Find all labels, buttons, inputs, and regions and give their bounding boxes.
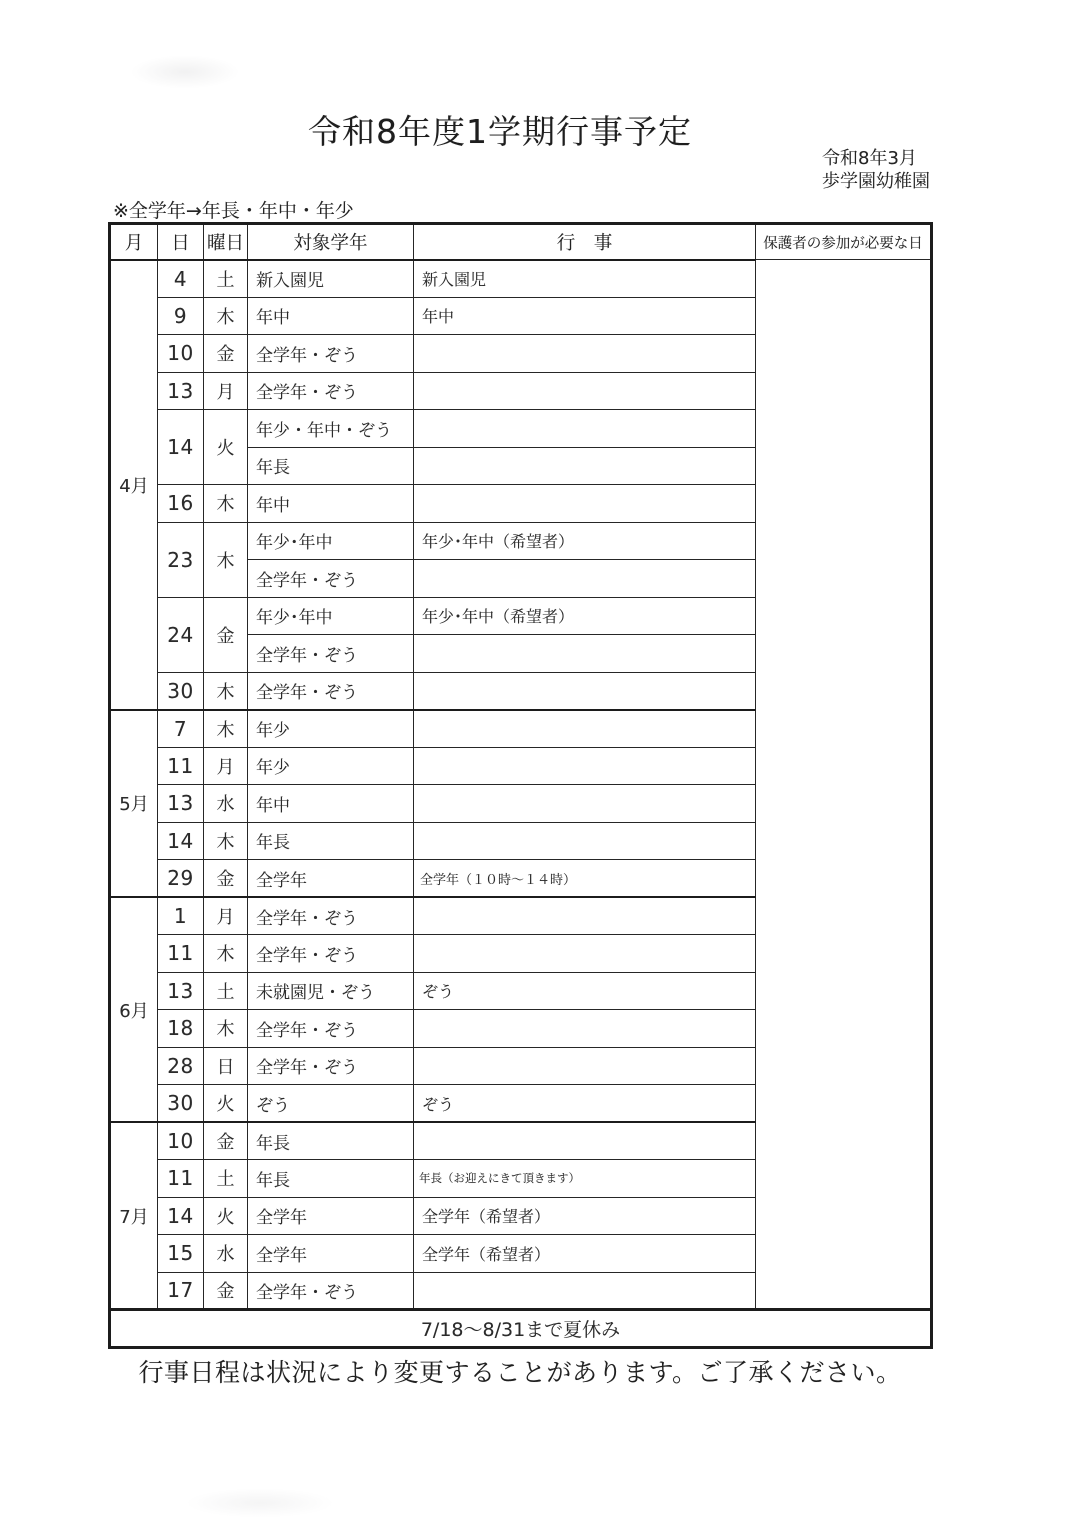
weekday-cell: 土	[204, 260, 248, 298]
parent-attendance-cell: ぞう	[414, 972, 756, 1010]
day-cell: 24	[158, 597, 204, 672]
target-grade-cell: 年少･年中	[248, 522, 414, 560]
target-grade-cell: 全学年・ぞう	[248, 335, 414, 373]
target-grade-cell: 未就園児・ぞう	[248, 972, 414, 1010]
target-grade-cell: 全学年・ぞう	[248, 672, 414, 710]
table-row: 14木年長	[110, 822, 932, 860]
target-grade-cell: 年長	[248, 1160, 414, 1198]
summer-break-row: 7/18～8/31まで夏休み	[110, 1310, 932, 1348]
table-row: 28日全学年・ぞう	[110, 1047, 932, 1085]
schedule-table: 月 日 曜日 対象学年 行 事 保護者の参加が必要な日 4月4土新入園児新入園児…	[108, 222, 933, 1349]
day-cell: 17	[158, 1272, 204, 1310]
target-grade-cell: 年少	[248, 710, 414, 748]
parent-attendance-cell: 年少･年中（希望者）	[414, 522, 756, 560]
weekday-cell: 木	[204, 485, 248, 523]
parent-attendance-cell: 年長（お迎えにきて頂きます）	[414, 1160, 756, 1198]
day-cell: 28	[158, 1047, 204, 1085]
day-cell: 30	[158, 1085, 204, 1123]
parent-attendance-cell: 年少･年中（希望者）	[414, 597, 756, 635]
legend-note: ※全学年→年長・年中・年少	[113, 196, 354, 223]
parent-attendance-cell	[414, 1010, 756, 1048]
weekday-cell: 火	[204, 410, 248, 485]
parent-attendance-cell	[414, 935, 756, 973]
day-cell: 11	[158, 747, 204, 785]
parent-attendance-cell	[414, 1047, 756, 1085]
parent-attendance-cell: 全学年（希望者）	[414, 1235, 756, 1273]
target-grade-cell: ぞう	[248, 1085, 414, 1123]
target-grade-cell: 全学年・ぞう	[248, 560, 414, 598]
month-cell: 4月	[110, 260, 158, 710]
table-row: 13土未就園児・ぞうぞう	[110, 972, 932, 1010]
table-row: 18木全学年・ぞう	[110, 1010, 932, 1048]
parent-attendance-cell: ぞう	[414, 1085, 756, 1123]
target-grade-cell: 全学年・ぞう	[248, 1047, 414, 1085]
target-grade-cell: 全学年	[248, 860, 414, 898]
parent-attendance-cell: 全学年（１０時～１４時）	[414, 860, 756, 898]
target-grade-cell: 全学年・ぞう	[248, 635, 414, 673]
organization-name: 歩学園幼稚園	[822, 170, 930, 193]
schedule-table-body: 4月4土新入園児新入園児9木年中年中10金全学年・ぞう13月全学年・ぞう14火年…	[110, 260, 932, 1348]
target-grade-cell: 全学年・ぞう	[248, 372, 414, 410]
month-cell: 7月	[110, 1122, 158, 1310]
table-row: 30木全学年・ぞう	[110, 672, 932, 710]
parent-attendance-cell	[414, 410, 756, 448]
table-row: 6月1月全学年・ぞう	[110, 897, 932, 935]
parent-attendance-cell	[414, 447, 756, 485]
table-row: 14火全学年全学年（希望者）	[110, 1197, 932, 1235]
day-cell: 13	[158, 372, 204, 410]
weekday-cell: 水	[204, 785, 248, 823]
table-row: 13月全学年・ぞう	[110, 372, 932, 410]
footer-note: 行事日程は状況により変更することがあります。ご了承ください。	[0, 1353, 1040, 1389]
table-row: 17金全学年・ぞう	[110, 1272, 932, 1310]
weekday-cell: 木	[204, 710, 248, 748]
target-grade-cell: 全学年・ぞう	[248, 1272, 414, 1310]
parent-attendance-cell	[414, 335, 756, 373]
target-grade-cell: 年長	[248, 1122, 414, 1160]
day-cell: 1	[158, 897, 204, 935]
weekday-cell: 日	[204, 1047, 248, 1085]
header-day: 日	[158, 224, 204, 260]
weekday-cell: 水	[204, 1235, 248, 1273]
month-cell: 6月	[110, 897, 158, 1122]
day-cell: 10	[158, 1122, 204, 1160]
table-row: 13水年中	[110, 785, 932, 823]
parent-attendance-cell	[414, 1272, 756, 1310]
day-cell: 14	[158, 1197, 204, 1235]
parent-attendance-cell	[414, 1122, 756, 1160]
table-row: 7月10金年長	[110, 1122, 932, 1160]
weekday-cell: 月	[204, 747, 248, 785]
weekday-cell: 金	[204, 335, 248, 373]
parent-attendance-cell	[414, 747, 756, 785]
day-cell: 7	[158, 710, 204, 748]
target-grade-cell: 年長	[248, 822, 414, 860]
parent-attendance-cell	[414, 560, 756, 598]
parent-attendance-cell	[414, 897, 756, 935]
parent-attendance-cell: 全学年（希望者）	[414, 1197, 756, 1235]
table-row: 14火年少・年中・ぞう	[110, 410, 932, 448]
scan-smudge	[130, 55, 240, 89]
table-row: 10金全学年・ぞう	[110, 335, 932, 373]
target-grade-cell: 全学年	[248, 1235, 414, 1273]
target-grade-cell: 全学年・ぞう	[248, 1010, 414, 1048]
scanned-document-page: 令和8年度1学期行事予定 令和8年3月 歩学園幼稚園 ※全学年→年長・年中・年少…	[0, 0, 1075, 1518]
table-header-row: 月 日 曜日 対象学年 行 事 保護者の参加が必要な日	[110, 224, 932, 260]
table-row: 23木年少･年中年少･年中（希望者）	[110, 522, 932, 560]
header-event: 行 事	[414, 224, 756, 260]
weekday-cell: 木	[204, 297, 248, 335]
weekday-cell: 火	[204, 1197, 248, 1235]
day-cell: 29	[158, 860, 204, 898]
weekday-cell: 木	[204, 1010, 248, 1048]
target-grade-cell: 年少･年中	[248, 597, 414, 635]
weekday-cell: 木	[204, 935, 248, 973]
weekday-cell: 木	[204, 672, 248, 710]
weekday-cell: 火	[204, 1085, 248, 1123]
issued-date: 令和8年3月	[822, 147, 930, 170]
target-grade-cell: 年中	[248, 485, 414, 523]
table-row: 4月4土新入園児新入園児	[110, 260, 932, 298]
weekday-cell: 月	[204, 372, 248, 410]
target-grade-cell: 年長	[248, 447, 414, 485]
target-grade-cell: 全学年・ぞう	[248, 935, 414, 973]
header-month: 月	[110, 224, 158, 260]
target-grade-cell: 年少	[248, 747, 414, 785]
weekday-cell: 金	[204, 1122, 248, 1160]
parent-attendance-cell	[414, 672, 756, 710]
parent-attendance-cell	[414, 710, 756, 748]
parent-attendance-cell: 新入園児	[414, 260, 756, 298]
target-grade-cell: 年少・年中・ぞう	[248, 410, 414, 448]
weekday-cell: 金	[204, 597, 248, 672]
weekday-cell: 月	[204, 897, 248, 935]
table-row: 5月7木年少	[110, 710, 932, 748]
summer-break-cell: 7/18～8/31まで夏休み	[110, 1310, 932, 1348]
day-cell: 30	[158, 672, 204, 710]
parent-attendance-cell: 年中	[414, 297, 756, 335]
document-subheading: 令和8年3月 歩学園幼稚園	[822, 147, 930, 194]
table-row: 9木年中年中	[110, 297, 932, 335]
weekday-cell: 木	[204, 522, 248, 597]
weekday-cell: 土	[204, 972, 248, 1010]
parent-attendance-cell	[414, 372, 756, 410]
month-cell: 5月	[110, 710, 158, 898]
day-cell: 11	[158, 1160, 204, 1198]
table-row: 24金年少･年中年少･年中（希望者）	[110, 597, 932, 635]
day-cell: 13	[158, 972, 204, 1010]
day-cell: 18	[158, 1010, 204, 1048]
target-grade-cell: 全学年	[248, 1197, 414, 1235]
table-row: 11木全学年・ぞう	[110, 935, 932, 973]
day-cell: 14	[158, 822, 204, 860]
parent-attendance-cell	[414, 822, 756, 860]
day-cell: 13	[158, 785, 204, 823]
table-row: 15水全学年全学年（希望者）	[110, 1235, 932, 1273]
page-title: 令和8年度1学期行事予定	[0, 106, 1000, 153]
day-cell: 9	[158, 297, 204, 335]
target-grade-cell: 新入園児	[248, 260, 414, 298]
weekday-cell: 木	[204, 822, 248, 860]
day-cell: 10	[158, 335, 204, 373]
weekday-cell: 金	[204, 1272, 248, 1310]
table-row: 29金全学年全学年（１０時～１４時）	[110, 860, 932, 898]
target-grade-cell: 全学年・ぞう	[248, 897, 414, 935]
day-cell: 15	[158, 1235, 204, 1273]
day-cell: 11	[158, 935, 204, 973]
schedule-table-container: 月 日 曜日 対象学年 行 事 保護者の参加が必要な日 4月4土新入園児新入園児…	[108, 222, 933, 1349]
parent-attendance-cell	[414, 635, 756, 673]
table-row: 11月年少	[110, 747, 932, 785]
weekday-cell: 金	[204, 860, 248, 898]
table-row: 11土年長年長（お迎えにきて頂きます）	[110, 1160, 932, 1198]
parent-attendance-cell	[414, 485, 756, 523]
target-grade-cell: 年中	[248, 785, 414, 823]
day-cell: 16	[158, 485, 204, 523]
scan-smudge	[185, 1488, 335, 1518]
parent-attendance-cell	[414, 785, 756, 823]
day-cell: 23	[158, 522, 204, 597]
weekday-cell: 土	[204, 1160, 248, 1198]
target-grade-cell: 年中	[248, 297, 414, 335]
day-cell: 14	[158, 410, 204, 485]
header-target-grade: 対象学年	[248, 224, 414, 260]
table-row: 30火ぞうぞう	[110, 1085, 932, 1123]
header-weekday: 曜日	[204, 224, 248, 260]
header-parent-attendance: 保護者の参加が必要な日	[756, 224, 932, 260]
day-cell: 4	[158, 260, 204, 298]
table-row: 16木年中	[110, 485, 932, 523]
